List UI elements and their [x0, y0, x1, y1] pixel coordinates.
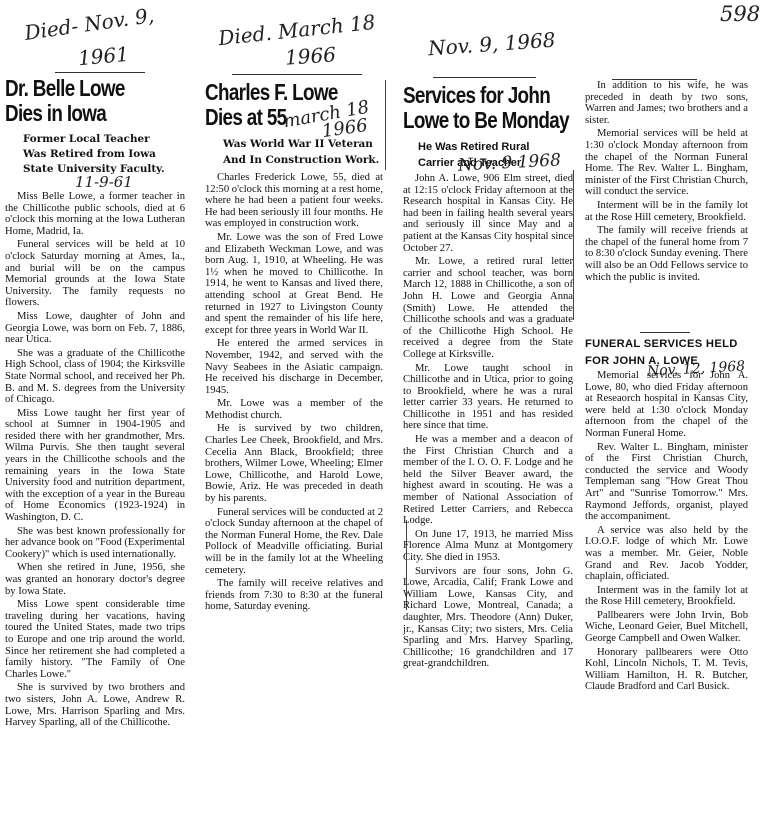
paragraph: She was best known professionally for he… — [5, 526, 185, 561]
article-john-lowe-continued: In addition to his wife, he was preceded… — [585, 80, 748, 285]
headline-line-1: Services for John — [403, 83, 542, 108]
deck: Former Local Teacher Was Retired from Io… — [23, 132, 185, 177]
handwritten-inline-date: Nov. 9 1968 — [458, 152, 562, 174]
paragraph: When she retired in June, 1956, she was … — [5, 562, 185, 597]
headline-line-1: Dr. Belle Lowe — [5, 76, 153, 101]
paragraph: Miss Lowe spent considerable time travel… — [5, 599, 185, 680]
headline-line-1: Charles F. Lowe — [205, 80, 351, 105]
article-charles-lowe: Charles F. Lowe Dies at 55 march 18 1966… — [205, 80, 383, 615]
divider — [55, 72, 145, 73]
paragraph: Memorial services will be held at 1:30 o… — [585, 128, 748, 198]
column-rule — [385, 80, 386, 170]
article-john-lowe-services: Services for John Lowe to Be Monday He W… — [403, 83, 573, 672]
paragraph: Funeral services will be conducted at 2 … — [205, 507, 383, 577]
handwritten-date-2a: Died. March 18 — [217, 12, 376, 48]
handwritten-date-3: Nov. 9, 1968 — [427, 30, 556, 59]
article-john-lowe-funeral: FUNERAL SERVICES HELD FOR JOHN A. LOWE N… — [585, 338, 748, 695]
divider — [433, 77, 536, 78]
page-number-annotation: 598 — [720, 4, 760, 25]
paragraph: Rev. Walter L. Bingham, minister of the … — [585, 442, 748, 523]
deck: Was World War II Veteran And In Construc… — [223, 136, 383, 168]
paragraph: She is survived by two brothers and two … — [5, 682, 185, 728]
headline-line-1: FUNERAL SERVICES HELD — [585, 338, 748, 351]
deck-line: Was World War II Veteran — [223, 136, 383, 152]
paragraph: He is survived by two children, Charles … — [205, 423, 383, 504]
handwritten-date-1a: Died- Nov. 9, — [23, 5, 155, 43]
paragraph: She was a graduate of the Chillicothe Hi… — [5, 348, 185, 406]
paragraph: Miss Belle Lowe, a former teacher in the… — [5, 191, 185, 237]
deck-line: Former Local Teacher — [23, 132, 185, 147]
paragraph: The family will receive relatives and fr… — [205, 578, 383, 613]
column-rule — [573, 170, 574, 320]
paragraph: John A. Lowe, 906 Elm street, died at 12… — [403, 173, 573, 254]
paragraph: Mr. Lowe taught school in Chillicothe an… — [403, 363, 573, 433]
paragraph: Miss Lowe taught her first year of schoo… — [5, 408, 185, 524]
deck-line: And In Construction Work. — [223, 152, 383, 168]
paragraph: Mr. Lowe was the son of Fred Lowe and El… — [205, 232, 383, 336]
divider — [640, 332, 690, 333]
paragraph: Miss Lowe, daughter of John and Georgia … — [5, 311, 185, 346]
paragraph: Honorary pallbearers were Otto Kohl, Lin… — [585, 647, 748, 693]
paragraph: He was a member and a deacon of the Firs… — [403, 434, 573, 527]
handwritten-date-2b: 1966 — [284, 44, 336, 68]
divider — [232, 74, 362, 75]
article-belle-lowe: Dr. Belle Lowe Dies in Iowa Former Local… — [5, 76, 185, 731]
paragraph: Memorial services for John A. Lowe, 80, … — [585, 370, 748, 440]
paragraph: Funeral services will be held at 10 o'cl… — [5, 239, 185, 309]
paragraph: Mr. Lowe was a member of the Methodist c… — [205, 398, 383, 421]
paragraph: Interment will be in the family lot at t… — [585, 200, 748, 223]
paragraph: He entered the armed services in Novembe… — [205, 338, 383, 396]
paragraph: In addition to his wife, he was preceded… — [585, 80, 748, 126]
paragraph: Survivors are four sons, John G. Lowe, A… — [403, 566, 573, 670]
paragraph: Mr. Lowe, a retired rural letter carrier… — [403, 256, 573, 360]
paragraph: Charles Frederick Lowe, 55, died at 12:5… — [205, 172, 383, 230]
paragraph: On June 17, 1913, he married Miss Floren… — [403, 529, 573, 564]
handwritten-date-1b: 1961 — [77, 44, 129, 68]
headline-line-2: Dies in Iowa — [5, 101, 153, 126]
paragraph: Pallbearers were John Irvin, Bob Wiche, … — [585, 610, 748, 645]
deck-line: Was Retired from Iowa — [23, 147, 185, 162]
headline-line-2: Lowe to Be Monday — [403, 108, 542, 133]
paragraph: A service was also held by the I.O.O.F. … — [585, 525, 748, 583]
paragraph: Interment was in the family lot at the R… — [585, 585, 748, 608]
paragraph: The family will receive friends at the c… — [585, 225, 748, 283]
